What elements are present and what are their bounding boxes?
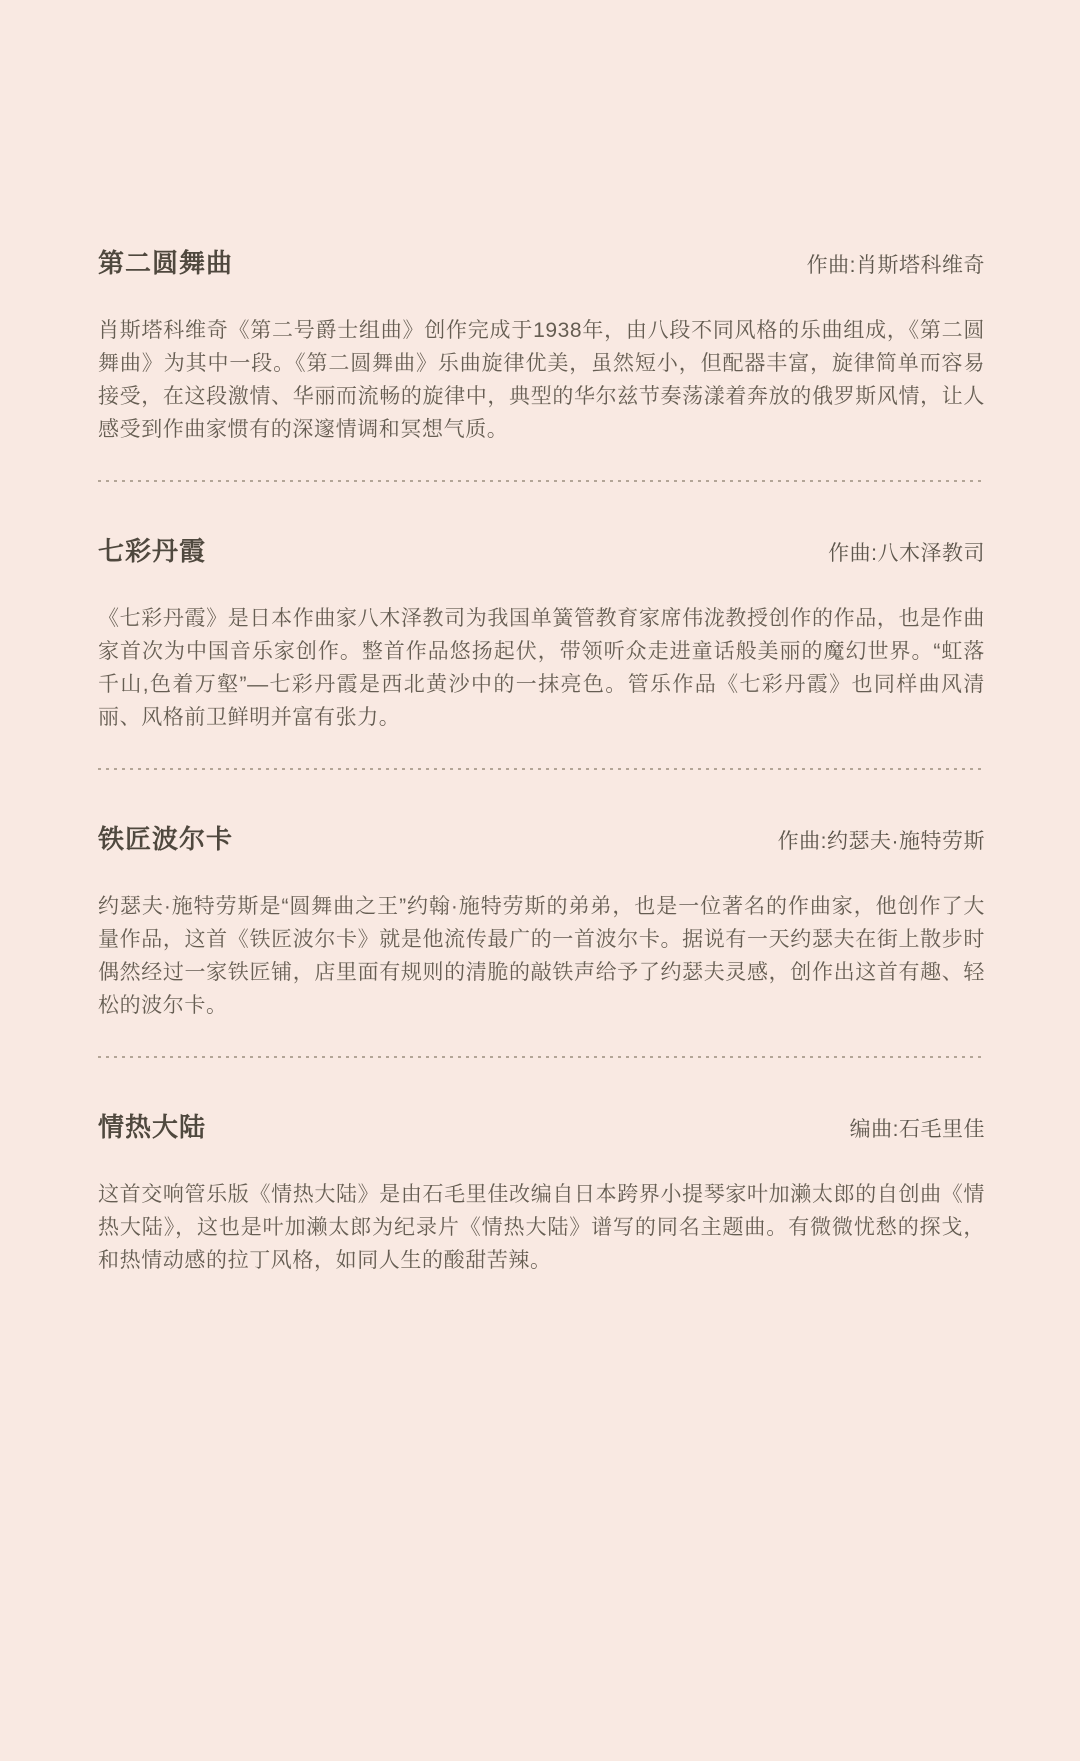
piece-section-blacksmith-polka: 铁匠波尔卡 作曲:约瑟夫·施特劳斯 约瑟夫·施特劳斯是“圆舞曲之王”约翰·施特劳…: [98, 821, 985, 1058]
piece-header: 铁匠波尔卡 作曲:约瑟夫·施特劳斯: [98, 821, 985, 860]
piece-description: 这首交响管乐版《情热大陆》是由石毛里佳改编自日本跨界小提琴家叶加濑太郎的自创曲《…: [98, 1178, 985, 1277]
piece-header: 情热大陆 编曲:石毛里佳: [98, 1109, 985, 1148]
piece-title: 铁匠波尔卡: [98, 821, 233, 857]
piece-credit: 作曲:约瑟夫·施特劳斯: [778, 824, 985, 860]
program-notes-page: 第二圆舞曲 作曲:肖斯塔科维奇 肖斯塔科维奇《第二号爵士组曲》创作完成于1938…: [0, 0, 1080, 1761]
piece-credit: 作曲:八木泽教司: [828, 536, 985, 572]
dashed-divider: [98, 480, 985, 482]
piece-header: 七彩丹霞 作曲:八木泽教司: [98, 533, 985, 572]
piece-description: 约瑟夫·施特劳斯是“圆舞曲之王”约翰·施特劳斯的弟弟，也是一位著名的作曲家，他创…: [98, 890, 985, 1022]
piece-credit: 作曲:肖斯塔科维奇: [807, 248, 985, 284]
piece-description: 《七彩丹霞》是日本作曲家八木泽教司为我国单簧管教育家席伟泷教授创作的作品，也是作…: [98, 602, 985, 734]
piece-credit: 编曲:石毛里佳: [850, 1112, 985, 1148]
piece-title: 情热大陆: [98, 1109, 206, 1145]
dashed-divider: [98, 768, 985, 770]
piece-header: 第二圆舞曲 作曲:肖斯塔科维奇: [98, 245, 985, 284]
piece-title: 第二圆舞曲: [98, 245, 233, 281]
piece-section-second-waltz: 第二圆舞曲 作曲:肖斯塔科维奇 肖斯塔科维奇《第二号爵士组曲》创作完成于1938…: [98, 245, 985, 482]
piece-title: 七彩丹霞: [98, 533, 206, 569]
dashed-divider: [98, 1056, 985, 1058]
piece-section-jounetsu-tairiku: 情热大陆 编曲:石毛里佳 这首交响管乐版《情热大陆》是由石毛里佳改编自日本跨界小…: [98, 1109, 985, 1277]
piece-description: 肖斯塔科维奇《第二号爵士组曲》创作完成于1938年，由八段不同风格的乐曲组成，《…: [98, 314, 985, 446]
piece-section-colorful-danxia: 七彩丹霞 作曲:八木泽教司 《七彩丹霞》是日本作曲家八木泽教司为我国单簧管教育家…: [98, 533, 985, 770]
